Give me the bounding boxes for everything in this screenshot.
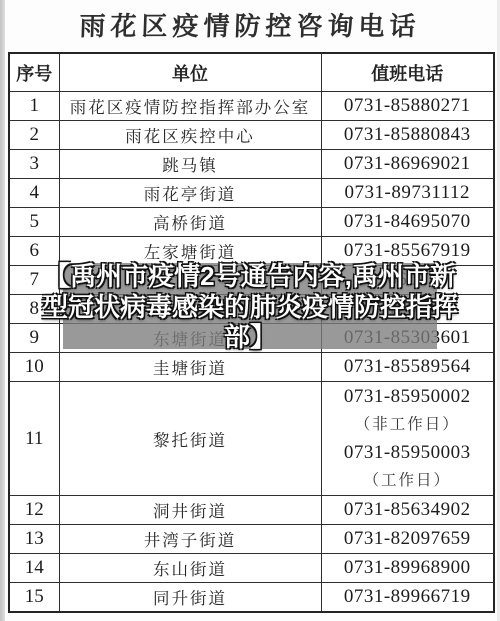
table-row: 12 洞井街道 0731-85634902 bbox=[9, 496, 494, 525]
phone-cell: 0731-85880271 bbox=[321, 92, 494, 121]
header-unit: 单位 bbox=[59, 53, 321, 92]
watermark-overlay-text: 【禹州市疫情2号通告内容,禹州市新 型冠状病毒感染的肺炎疫情防控指挥 部】 bbox=[26, 261, 474, 357]
phone-cell: 0731-89731112 bbox=[321, 179, 494, 208]
page-title: 雨花区疫情防控咨询电话 bbox=[0, 6, 500, 44]
phone-cell: 0731-85634902 bbox=[321, 496, 494, 525]
row-index: 14 bbox=[9, 554, 59, 583]
unit-cell: 洞井街道 bbox=[59, 496, 321, 525]
header-phone: 值班电话 bbox=[321, 53, 494, 92]
watermark-line: 【禹州市疫情2号通告内容,禹州市新 bbox=[26, 261, 474, 292]
row-index: 11 bbox=[9, 382, 59, 496]
header-row: 序号 单位 值班电话 bbox=[9, 53, 494, 92]
unit-cell: 东山街道 bbox=[59, 554, 321, 583]
table-row: 1 雨花区疫情防控指挥部办公室 0731-85880271 bbox=[9, 92, 494, 121]
table-row: 5 高桥街道 0731-84695070 bbox=[9, 208, 494, 237]
unit-cell: 井湾子街道 bbox=[59, 525, 321, 554]
phone-line-note: （工作日） bbox=[324, 467, 492, 495]
row-index: 2 bbox=[9, 121, 59, 150]
unit-cell: 雨花亭街道 bbox=[59, 179, 321, 208]
phone-line: 0731-85950003 bbox=[324, 439, 492, 467]
row-index: 3 bbox=[9, 150, 59, 179]
table-row: 15 同升街道 0731-89966719 bbox=[9, 583, 494, 612]
table-row: 3 跳马镇 0731-86969021 bbox=[9, 150, 494, 179]
table-row: 14 东山街道 0731-89968900 bbox=[9, 554, 494, 583]
unit-cell: 同升街道 bbox=[59, 583, 321, 612]
phone-cell-multiline: 0731-85950002 （非工作日） 0731-85950003 （工作日） bbox=[321, 382, 494, 496]
row-index: 4 bbox=[9, 179, 59, 208]
row-index: 5 bbox=[9, 208, 59, 237]
watermark-line: 型冠状病毒感染的肺炎疫情防控指挥 bbox=[26, 292, 474, 323]
phone-cell: 0731-86969021 bbox=[321, 150, 494, 179]
row-index: 12 bbox=[9, 496, 59, 525]
phone-cell: 0731-82097659 bbox=[321, 525, 494, 554]
unit-cell: 雨花区疫情防控指挥部办公室 bbox=[59, 92, 321, 121]
phone-cell: 0731-89968900 bbox=[321, 554, 494, 583]
phone-cell: 0731-84695070 bbox=[321, 208, 494, 237]
unit-cell: 黎托街道 bbox=[59, 382, 321, 496]
left-edge-strip bbox=[0, 0, 5, 621]
row-index: 15 bbox=[9, 583, 59, 612]
unit-cell: 高桥街道 bbox=[59, 208, 321, 237]
phone-cell: 0731-85880843 bbox=[321, 121, 494, 150]
row-index: 1 bbox=[9, 92, 59, 121]
unit-cell: 雨花区疾控中心 bbox=[59, 121, 321, 150]
header-index: 序号 bbox=[9, 53, 59, 92]
table-row: 4 雨花亭街道 0731-89731112 bbox=[9, 179, 494, 208]
phone-line: 0731-85950002 bbox=[324, 383, 492, 411]
phone-cell: 0731-89966719 bbox=[321, 583, 494, 612]
unit-cell: 跳马镇 bbox=[59, 150, 321, 179]
phone-line-note: （非工作日） bbox=[324, 411, 492, 439]
watermark-line: 部】 bbox=[26, 322, 474, 353]
row-index: 13 bbox=[9, 525, 59, 554]
table-row-multiline: 11 黎托街道 0731-85950002 （非工作日） 0731-859500… bbox=[9, 382, 494, 496]
table-row: 13 井湾子街道 0731-82097659 bbox=[9, 525, 494, 554]
table-row: 2 雨花区疾控中心 0731-85880843 bbox=[9, 121, 494, 150]
